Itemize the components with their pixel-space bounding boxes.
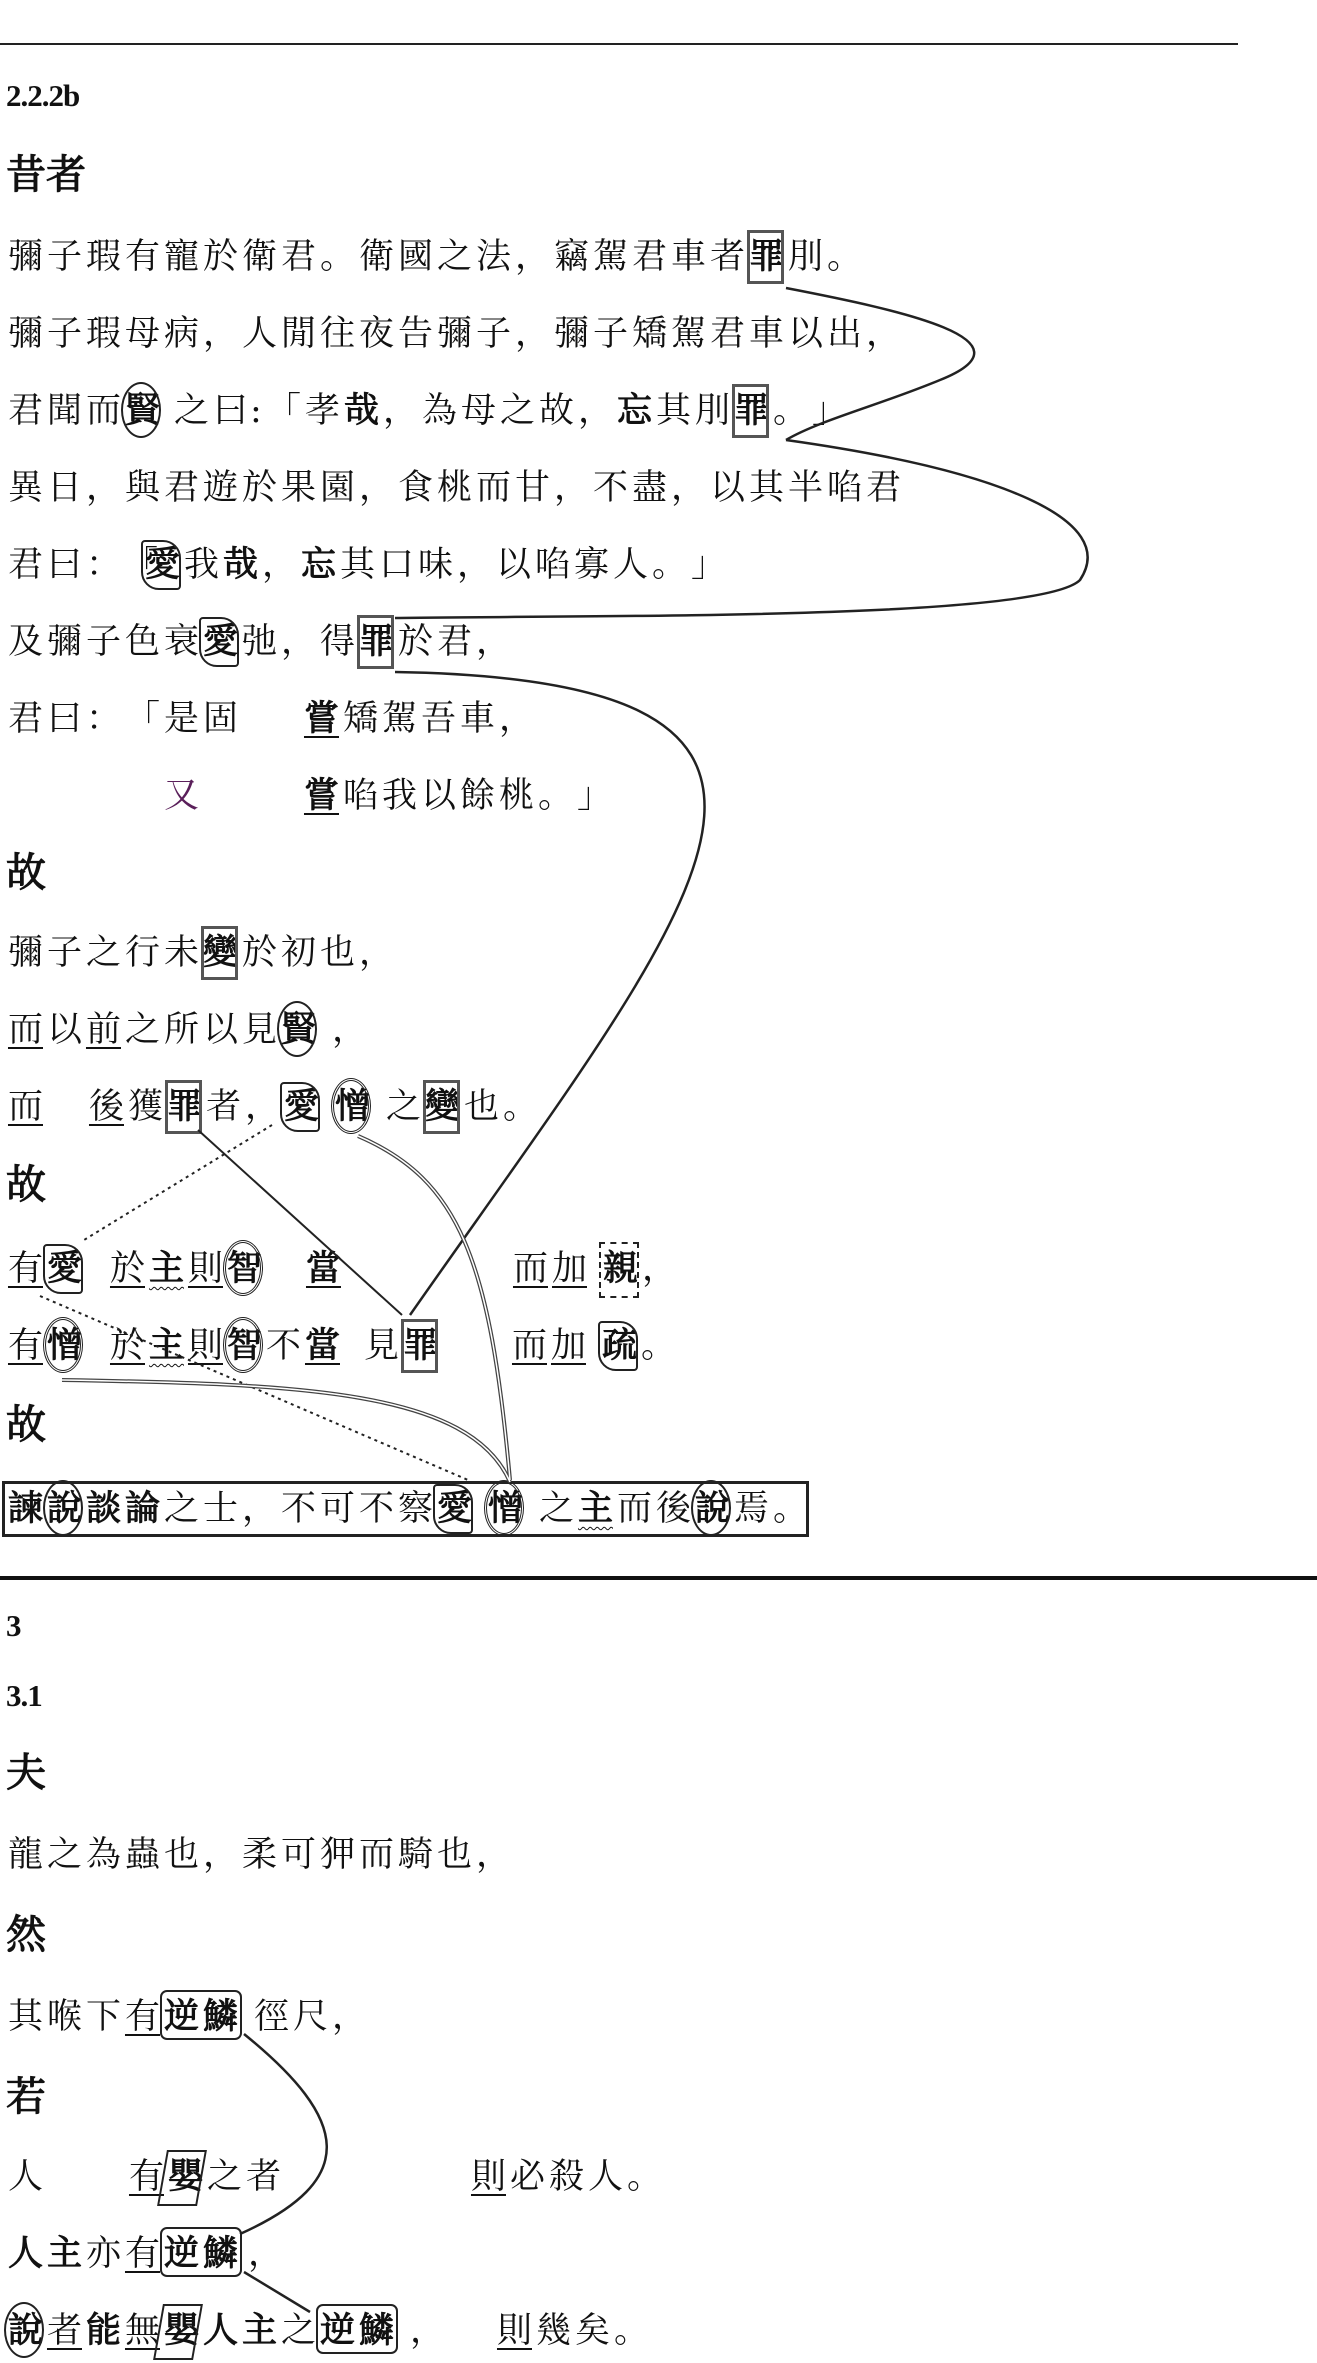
text-char: 主 xyxy=(240,2308,279,2354)
text-char: 彌 xyxy=(435,311,474,357)
marked-nilin: 逆鱗 xyxy=(318,2308,396,2354)
text-char: 人 xyxy=(586,2154,625,2200)
text-char: 君 xyxy=(435,619,474,665)
text-char: 之 xyxy=(435,234,474,280)
text-char: ： xyxy=(84,696,123,742)
text-char: 甘 xyxy=(513,465,552,511)
text-char: 子 xyxy=(474,311,513,357)
text-char: 主 xyxy=(147,1323,186,1369)
text-line-3: 彌子瑕母病，人閒往夜告彌子，彌子矯駕君車以出， xyxy=(6,311,903,357)
text-char: ， xyxy=(474,1832,513,1878)
text-char: 獲 xyxy=(126,1084,165,1130)
text-char: 也 xyxy=(435,1832,474,1878)
link-zeng-13-18 xyxy=(358,1136,510,1480)
text-char: ， xyxy=(552,465,591,511)
heading-ran: 然 xyxy=(6,1910,46,1956)
text-char: 忘 xyxy=(299,542,338,588)
text-char: 於 xyxy=(108,1246,147,1292)
text-char: 日 xyxy=(45,465,84,511)
text-char: 夜 xyxy=(357,311,396,357)
text-char: 」 xyxy=(689,542,728,588)
text-char: 。 xyxy=(771,388,810,434)
text-char: 殺 xyxy=(547,2154,586,2200)
text-char: ， xyxy=(201,1832,240,1878)
section-divider xyxy=(0,1576,1317,1580)
text-char: 及 xyxy=(6,619,45,665)
text-char: ， xyxy=(201,311,240,357)
text-char: 柔 xyxy=(240,1832,279,1878)
text-char: ， xyxy=(240,1486,279,1532)
marked-shui: 說 xyxy=(6,2308,45,2354)
text-char: 也 xyxy=(462,1084,501,1130)
text-char: 果 xyxy=(279,465,318,511)
text-char: 之 xyxy=(384,1084,423,1130)
heading-fu: 夫 xyxy=(6,1748,46,1794)
text-char: 有 xyxy=(6,1246,45,1292)
text-char: 色 xyxy=(123,619,162,665)
heading-xizhe: 昔者 xyxy=(6,150,86,196)
text-line-ying: 人有嬰之者則必殺人。 xyxy=(6,2154,664,2200)
text-char: 。 xyxy=(825,234,864,280)
text-char: 」 xyxy=(575,773,614,819)
text-char: 論 xyxy=(123,1486,162,1532)
link-nilin-1-2 xyxy=(240,2034,327,2234)
marked-ai: 愛 xyxy=(143,542,182,588)
text-char: 瑕 xyxy=(84,234,123,280)
text-char: 人 xyxy=(201,2308,240,2354)
text-line-2: 彌子瑕有寵於衛君。衛國之法，竊駕君車者罪刖。 xyxy=(6,234,864,280)
marked-bian: 變 xyxy=(423,1084,462,1130)
text-char: 君 xyxy=(6,388,45,434)
text-char: 加 xyxy=(549,1323,588,1369)
text-char: 人 xyxy=(6,2231,45,2277)
text-char: 弛 xyxy=(240,619,279,665)
text-char: ， xyxy=(279,619,318,665)
text-line-5: 異日，與君遊於果園，食桃而甘，不盡，以其半啗君 xyxy=(6,465,903,511)
text-char: 閒 xyxy=(279,311,318,357)
text-char: 以 xyxy=(708,465,747,511)
text-char: 忘 xyxy=(615,388,654,434)
text-line-16: 有憎於主則智不當見罪而加疏。 xyxy=(6,1323,678,1369)
text-char: 孝 xyxy=(303,388,342,434)
text-char: 母 xyxy=(459,388,498,434)
text-char: 不 xyxy=(591,465,630,511)
text-char: 彌 xyxy=(45,619,84,665)
text-char: 以 xyxy=(201,1007,240,1053)
text-line-12: 而以前之所以見賢， xyxy=(6,1007,369,1053)
text-char: 竊 xyxy=(552,234,591,280)
text-line-dragon: 龍之為蟲也，柔可狎而騎也， xyxy=(6,1832,513,1878)
text-char: 病 xyxy=(162,311,201,357)
text-char: 哉 xyxy=(342,388,381,434)
text-char: 以 xyxy=(494,542,533,588)
text-char: 士 xyxy=(201,1486,240,1532)
marked-shui: 說 xyxy=(693,1486,732,1532)
text-line-15: 有愛於主則智當而加親， xyxy=(6,1246,679,1292)
text-char: 子 xyxy=(45,234,84,280)
text-char: 啗 xyxy=(825,465,864,511)
text-char: 其 xyxy=(338,542,377,588)
text-char: 子 xyxy=(591,311,630,357)
text-char: 矯 xyxy=(630,311,669,357)
link-zui-3-4 xyxy=(395,672,705,1315)
text-char: 可 xyxy=(318,1486,357,1532)
text-char: ， xyxy=(330,1007,369,1053)
text-char: 味 xyxy=(416,542,455,588)
text-line-11: 彌子之行未變於初也， xyxy=(6,930,396,976)
text-char: 之 xyxy=(162,1486,201,1532)
text-char: 嘗 xyxy=(302,696,341,742)
marked-zui: 罪 xyxy=(165,1084,204,1130)
text-char: 龍 xyxy=(6,1832,45,1878)
text-line-13: 而後獲罪者，愛憎之變也。 xyxy=(6,1084,540,1130)
marked-zhi: 智 xyxy=(225,1323,264,1369)
section-number: 2.2.2b xyxy=(6,78,79,114)
text-char: 君 xyxy=(6,696,45,742)
text-char: 異 xyxy=(6,465,45,511)
text-char: 君 xyxy=(864,465,903,511)
marked-zeng: 憎 xyxy=(45,1323,84,1369)
marked-zui: 罪 xyxy=(747,234,786,280)
text-char: 曰 xyxy=(45,542,84,588)
text-char: 。 xyxy=(612,2308,651,2354)
text-char: 寡 xyxy=(572,542,611,588)
text-char: 後 xyxy=(87,1084,126,1130)
text-char: 。 xyxy=(318,234,357,280)
text-char: 狎 xyxy=(318,1832,357,1878)
text-char: ， xyxy=(357,465,396,511)
text-line-6: 君曰：「愛我哉，忘其口味，以啗寡人。」 xyxy=(6,542,728,588)
text-char: 以 xyxy=(45,1007,84,1053)
text-char: 可 xyxy=(279,1832,318,1878)
text-char: 之 xyxy=(537,1486,576,1532)
text-char: 出 xyxy=(825,311,864,357)
marked-qin: 親 xyxy=(601,1246,640,1292)
text-char: 而 xyxy=(357,1832,396,1878)
text-char: 之 xyxy=(279,2308,318,2354)
text-char: 而 xyxy=(84,388,123,434)
text-char: 而 xyxy=(474,465,513,511)
link-zeng-16-18 xyxy=(62,1380,510,1482)
text-line-9: 又嘗啗我以餘桃。」 xyxy=(6,773,614,819)
text-char: 人 xyxy=(611,542,650,588)
text-line-persuader: 說者能無嬰人主之逆鱗，則幾矣。 xyxy=(6,2308,651,2354)
heading-ruo: 若 xyxy=(6,2072,46,2118)
text-char: 園 xyxy=(318,465,357,511)
text-char: ， xyxy=(357,930,396,976)
text-char: 前 xyxy=(84,1007,123,1053)
text-char: 幾 xyxy=(534,2308,573,2354)
text-char: 之 xyxy=(45,1832,84,1878)
purple-you: 又 xyxy=(162,773,201,819)
text-char: 人 xyxy=(6,2154,45,2200)
marked-shu: 疏 xyxy=(600,1323,639,1369)
text-char: 騎 xyxy=(396,1832,435,1878)
text-char: ， xyxy=(864,311,903,357)
text-char: 人 xyxy=(240,311,279,357)
text-char: 昔 xyxy=(6,151,46,198)
text-char: 於 xyxy=(201,234,240,280)
text-char: 也 xyxy=(162,1832,201,1878)
text-char: 未 xyxy=(162,930,201,976)
text-char: ， xyxy=(84,465,123,511)
text-char: 寵 xyxy=(162,234,201,280)
text-char: 君 xyxy=(162,465,201,511)
heading-gu: 故 xyxy=(6,1160,46,1206)
text-char: 法 xyxy=(474,234,513,280)
text-char: 駕 xyxy=(380,696,419,742)
text-char: 往 xyxy=(318,311,357,357)
text-char: 下 xyxy=(84,1994,123,2040)
marked-ai: 愛 xyxy=(435,1486,474,1532)
text-char: 則 xyxy=(186,1323,225,1369)
text-char: 子 xyxy=(45,311,84,357)
text-char: 矣 xyxy=(573,2308,612,2354)
text-line-18: 諫說談論之士，不可不察愛憎之主而後說焉。 xyxy=(6,1486,810,1532)
text-char: 車 xyxy=(458,696,497,742)
text-char: 之 xyxy=(205,2154,244,2200)
text-char: ， xyxy=(243,1084,282,1130)
text-char: 之 xyxy=(172,388,211,434)
text-char: ： xyxy=(84,542,123,588)
heading-gu: 故 xyxy=(6,848,46,894)
text-char: 之 xyxy=(123,1007,162,1053)
text-char: 有 xyxy=(123,234,162,280)
text-char: 君 xyxy=(630,234,669,280)
marked-ai: 愛 xyxy=(282,1084,321,1130)
text-char: 行 xyxy=(123,930,162,976)
marked-zui: 罪 xyxy=(401,1323,440,1369)
text-char: 以 xyxy=(786,311,825,357)
text-char: 者 xyxy=(45,2308,84,2354)
text-line-scale: 其喉下有逆鱗徑尺， xyxy=(6,1994,369,2040)
text-char: 者 xyxy=(204,1084,243,1130)
text-char: 桃 xyxy=(497,773,536,819)
text-char: 曰 xyxy=(45,696,84,742)
text-char: 能 xyxy=(84,2308,123,2354)
text-char: 君 xyxy=(708,311,747,357)
text-char: 也 xyxy=(318,930,357,976)
text-char: 為 xyxy=(420,388,459,434)
text-char: 「 xyxy=(264,388,303,434)
text-char: 食 xyxy=(396,465,435,511)
marked-xian: 賢 xyxy=(123,388,162,434)
text-char: 「 xyxy=(123,696,162,742)
text-line-8: 君曰：「是固嘗矯駕吾車， xyxy=(6,696,536,742)
text-char: 固 xyxy=(201,696,240,742)
marked-nilin: 逆鱗 xyxy=(162,1994,240,2040)
text-char: 告 xyxy=(396,311,435,357)
section-number: 3 xyxy=(6,1608,21,1644)
text-char: 主 xyxy=(45,2231,84,2277)
text-char: ， xyxy=(513,311,552,357)
text-char: 與 xyxy=(123,465,162,511)
top-rule xyxy=(0,43,1238,45)
text-char: ， xyxy=(330,1994,369,2040)
text-char: 車 xyxy=(747,311,786,357)
text-char: 半 xyxy=(786,465,825,511)
text-char: 。 xyxy=(639,1323,678,1369)
marked-ying: 嬰 xyxy=(162,2308,201,2354)
text-char: 則 xyxy=(495,2308,534,2354)
text-char: 哉 xyxy=(221,542,260,588)
text-char: ， xyxy=(474,619,513,665)
text-char: 故 xyxy=(537,388,576,434)
text-char: 君 xyxy=(279,234,318,280)
text-char: 彌 xyxy=(6,930,45,976)
text-char: 尺 xyxy=(291,1994,330,2040)
text-char: 主 xyxy=(147,1246,186,1292)
text-char: 嘗 xyxy=(302,773,341,819)
text-char: 為 xyxy=(84,1832,123,1878)
text-char: 得 xyxy=(318,619,357,665)
text-char: 我 xyxy=(380,773,419,819)
text-char: 啗 xyxy=(341,773,380,819)
text-char: 遊 xyxy=(201,465,240,511)
text-char: 我 xyxy=(182,542,221,588)
text-line-7: 及彌子色衰愛弛，得罪於君， xyxy=(6,619,513,665)
text-char: 刖 xyxy=(786,234,825,280)
text-char: 子 xyxy=(45,930,84,976)
marked-zui: 罪 xyxy=(357,619,396,665)
text-char: 者 xyxy=(708,234,747,280)
text-char: 彌 xyxy=(6,311,45,357)
text-char: 車 xyxy=(669,234,708,280)
marked-ai: 愛 xyxy=(201,619,240,665)
text-char: 。 xyxy=(536,773,575,819)
marked-zeng: 憎 xyxy=(333,1084,372,1130)
text-char: 駕 xyxy=(591,234,630,280)
text-char: 以 xyxy=(419,773,458,819)
text-char: 駕 xyxy=(669,311,708,357)
text-char: 蟲 xyxy=(123,1832,162,1878)
text-char: 。 xyxy=(501,1084,540,1130)
text-char: ， xyxy=(640,1246,679,1292)
marked-xian: 賢 xyxy=(279,1007,318,1053)
text-char: ， xyxy=(246,2231,285,2277)
text-char: 徑 xyxy=(252,1994,291,2040)
text-char: 不 xyxy=(264,1323,303,1369)
text-char: 喉 xyxy=(45,1994,84,2040)
text-char: 當 xyxy=(303,1323,342,1369)
text-char: 則 xyxy=(186,1246,225,1292)
text-char: 。 xyxy=(625,2154,664,2200)
marked-nilin: 逆鱗 xyxy=(162,2231,240,2277)
text-char: 而 xyxy=(615,1486,654,1532)
text-char: 國 xyxy=(396,234,435,280)
text-char: 衛 xyxy=(357,234,396,280)
text-char: 談 xyxy=(84,1486,123,1532)
text-char: 桃 xyxy=(435,465,474,511)
text-char: 母 xyxy=(123,311,162,357)
text-char: 之 xyxy=(84,930,123,976)
text-char: 彌 xyxy=(552,311,591,357)
text-line-ruler-scale: 人主亦有逆鱗， xyxy=(6,2231,285,2277)
marked-ying: 嬰 xyxy=(166,2154,205,2200)
text-char: 而 xyxy=(511,1246,550,1292)
text-char: ， xyxy=(381,388,420,434)
text-char: 察 xyxy=(396,1486,435,1532)
subsection-number: 3.1 xyxy=(6,1678,42,1714)
text-char: 當 xyxy=(304,1246,343,1292)
text-char: : xyxy=(250,388,264,434)
text-char: 瑕 xyxy=(84,311,123,357)
text-char: 於 xyxy=(108,1323,147,1369)
text-char: 諫 xyxy=(6,1486,45,1532)
text-char: 於 xyxy=(240,465,279,511)
text-char: 則 xyxy=(469,2154,508,2200)
marked-zui: 罪 xyxy=(732,388,771,434)
text-char: 有 xyxy=(6,1323,45,1369)
text-char: 不 xyxy=(279,1486,318,1532)
text-char: ， xyxy=(497,696,536,742)
marked-zeng: 憎 xyxy=(486,1486,525,1532)
text-char: 初 xyxy=(279,930,318,976)
text-char: 其 xyxy=(747,465,786,511)
text-char: 主 xyxy=(576,1486,615,1532)
text-char: 有 xyxy=(123,1994,162,2040)
text-char: ， xyxy=(513,234,552,280)
marked-bian: 變 xyxy=(201,930,240,976)
text-char: 後 xyxy=(654,1486,693,1532)
text-char: 聞 xyxy=(45,388,84,434)
text-char: 有 xyxy=(123,2231,162,2277)
link-nilin-2-3 xyxy=(244,2272,310,2312)
text-char: ， xyxy=(260,542,299,588)
text-char: 而 xyxy=(6,1084,45,1130)
text-char: 其 xyxy=(654,388,693,434)
text-char: 見 xyxy=(362,1323,401,1369)
marked-shui: 說 xyxy=(45,1486,84,1532)
text-char: 彌 xyxy=(6,234,45,280)
marked-ai: 愛 xyxy=(45,1246,84,1292)
text-char: 「 xyxy=(123,542,143,588)
text-char: 。 xyxy=(771,1486,810,1532)
text-char: 刖 xyxy=(693,388,732,434)
text-char: 焉 xyxy=(732,1486,771,1532)
text-char: 子 xyxy=(84,619,123,665)
text-char: 不 xyxy=(357,1486,396,1532)
text-char: 盡 xyxy=(630,465,669,511)
text-char: 」 xyxy=(810,388,849,434)
text-char: 於 xyxy=(240,930,279,976)
text-char: 其 xyxy=(6,1994,45,2040)
text-char: 吾 xyxy=(419,696,458,742)
text-char: 曰 xyxy=(211,388,250,434)
heading-gu: 故 xyxy=(6,1400,46,1446)
text-char: 於 xyxy=(396,619,435,665)
text-char: 而 xyxy=(6,1007,45,1053)
text-char: 加 xyxy=(550,1246,589,1292)
text-char: 啗 xyxy=(533,542,572,588)
text-char: 亦 xyxy=(84,2231,123,2277)
text-char: ， xyxy=(576,388,615,434)
text-char: 餘 xyxy=(458,773,497,819)
text-char: 是 xyxy=(162,696,201,742)
link-ai-13-15 xyxy=(84,1125,272,1240)
text-char: ， xyxy=(455,542,494,588)
text-char: 衰 xyxy=(162,619,201,665)
marked-zhi: 智 xyxy=(225,1246,264,1292)
text-char: 者 xyxy=(46,151,86,198)
text-char: 所 xyxy=(162,1007,201,1053)
text-char: 。 xyxy=(650,542,689,588)
text-char: 口 xyxy=(377,542,416,588)
text-char: 者 xyxy=(244,2154,283,2200)
text-char: 衛 xyxy=(240,234,279,280)
text-char: 見 xyxy=(240,1007,279,1053)
text-char: 而 xyxy=(510,1323,549,1369)
